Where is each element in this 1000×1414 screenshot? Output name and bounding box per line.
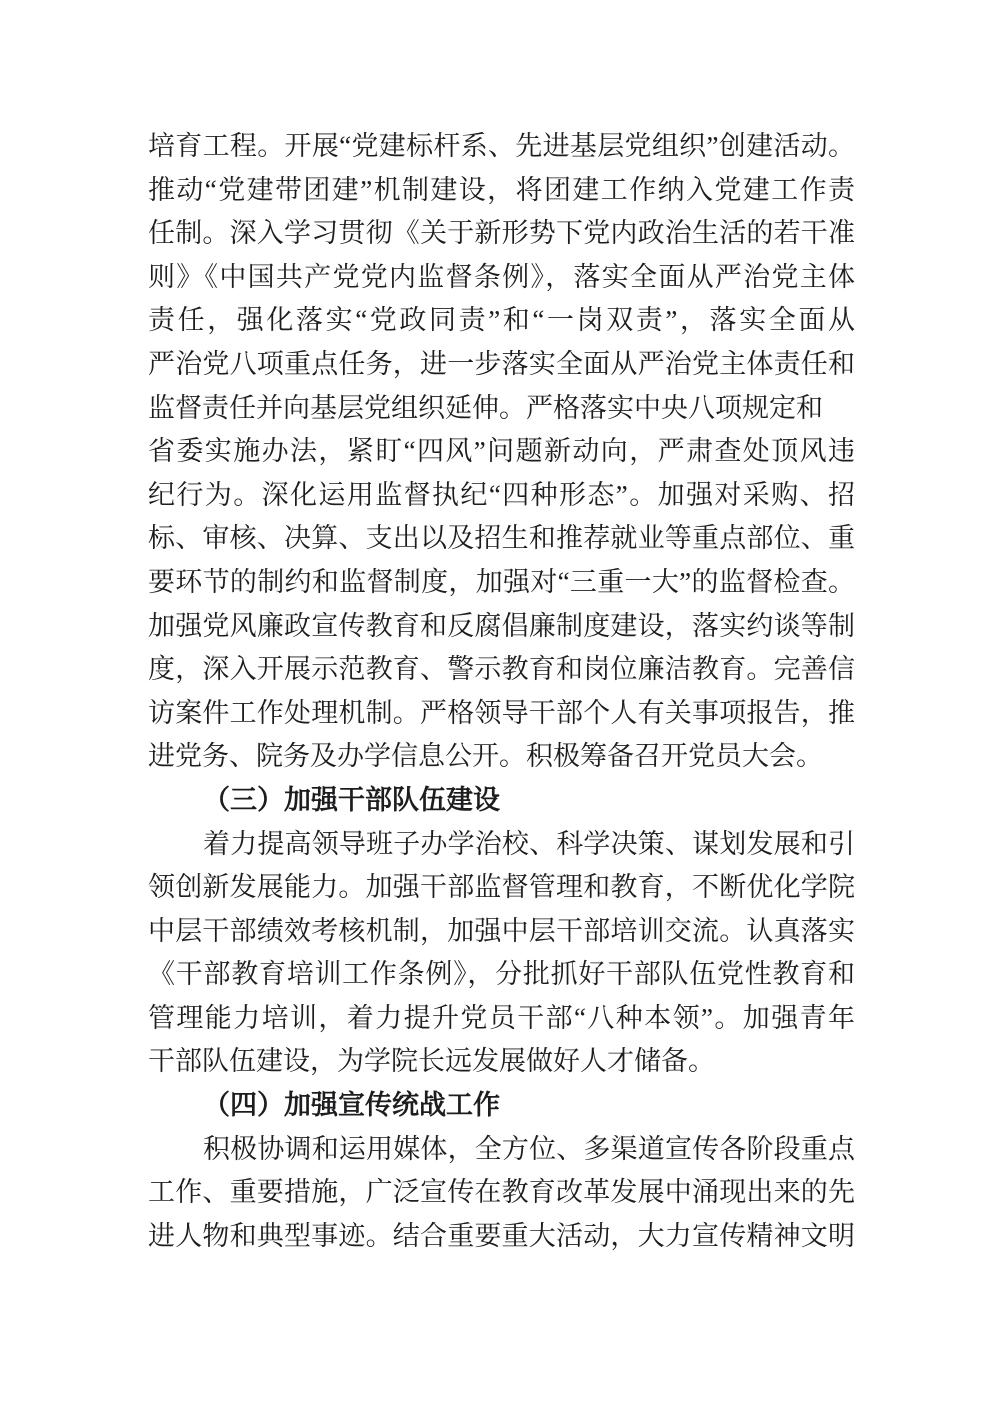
paragraph-line: 工作、重要措施，广泛宣传在教育改革发展中涌现出来的先 bbox=[148, 1171, 855, 1215]
paragraph-line: 干部队伍建设，为学院长远发展做好人才储备。 bbox=[148, 1040, 855, 1084]
paragraph-line: 加强党风廉政宣传教育和反腐倡廉制度建设，落实约谈等制 bbox=[148, 605, 855, 649]
paragraph-line: 领创新发展能力。加强干部监督管理和教育，不断优化学院 bbox=[148, 866, 855, 910]
section-heading: （四）加强宣传统战工作 bbox=[148, 1084, 855, 1128]
paragraph-line: 进党务、院务及办学信息公开。积极筹备召开党员大会。 bbox=[148, 735, 855, 779]
paragraph-line: 纪行为。深化运用监督执纪“四种形态”。加强对采购、招 bbox=[148, 474, 855, 518]
paragraph-line: 管理能力培训，着力提升党员干部“八种本领”。加强青年 bbox=[148, 997, 855, 1041]
paragraph-line: 要环节的制约和监督制度，加强对“三重一大”的监督检查。 bbox=[148, 561, 855, 605]
paragraph-line: 中层干部绩效考核机制，加强中层干部培训交流。认真落实 bbox=[148, 910, 855, 954]
paragraph-line: 则》《中国共产党党内监督条例》，落实全面从严治党主体 bbox=[148, 256, 855, 300]
paragraph-line: 访案件工作处理机制。严格领导干部个人有关事项报告，推 bbox=[148, 692, 855, 736]
paragraph-line: 省委实施办法，紧盯“四风”问题新动向，严肃查处顶风违 bbox=[148, 430, 855, 474]
paragraph-line: 进人物和典型事迹。结合重要重大活动，大力宣传精神文明 bbox=[148, 1215, 855, 1259]
document-body: 培育工程。开展“党建标杆系、先进基层党组织”创建活动。推动“党建带团建”机制建设… bbox=[148, 125, 855, 1258]
paragraph-line: 严治党八项重点任务，进一步落实全面从严治党主体责任和 bbox=[148, 343, 855, 387]
paragraph-line: 标、审核、决算、支出以及招生和推荐就业等重点部位、重 bbox=[148, 517, 855, 561]
paragraph-line: 《干部教育培训工作条例》，分批抓好干部队伍党性教育和 bbox=[148, 953, 855, 997]
paragraph-line: 监督责任并向基层党组织延伸。严格落实中央八项规定和 bbox=[148, 387, 855, 431]
paragraph-line: 培育工程。开展“党建标杆系、先进基层党组织”创建活动。 bbox=[148, 125, 855, 169]
paragraph-line: 推动“党建带团建”机制建设，将团建工作纳入党建工作责 bbox=[148, 169, 855, 213]
section-heading: （三）加强干部队伍建设 bbox=[148, 779, 855, 823]
paragraph-line: 任制。深入学习贯彻《关于新形势下党内政治生活的若干准 bbox=[148, 212, 855, 256]
paragraph-line: 积极协调和运用媒体，全方位、多渠道宣传各阶段重点 bbox=[148, 1128, 855, 1172]
paragraph-line: 度，深入开展示范教育、警示教育和岗位廉洁教育。完善信 bbox=[148, 648, 855, 692]
document-page: 培育工程。开展“党建标杆系、先进基层党组织”创建活动。推动“党建带团建”机制建设… bbox=[0, 0, 1000, 1414]
paragraph-line: 责任，强化落实“党政同责”和“一岗双责”，落实全面从 bbox=[148, 299, 855, 343]
paragraph-line: 着力提高领导班子办学治校、科学决策、谋划发展和引 bbox=[148, 823, 855, 867]
